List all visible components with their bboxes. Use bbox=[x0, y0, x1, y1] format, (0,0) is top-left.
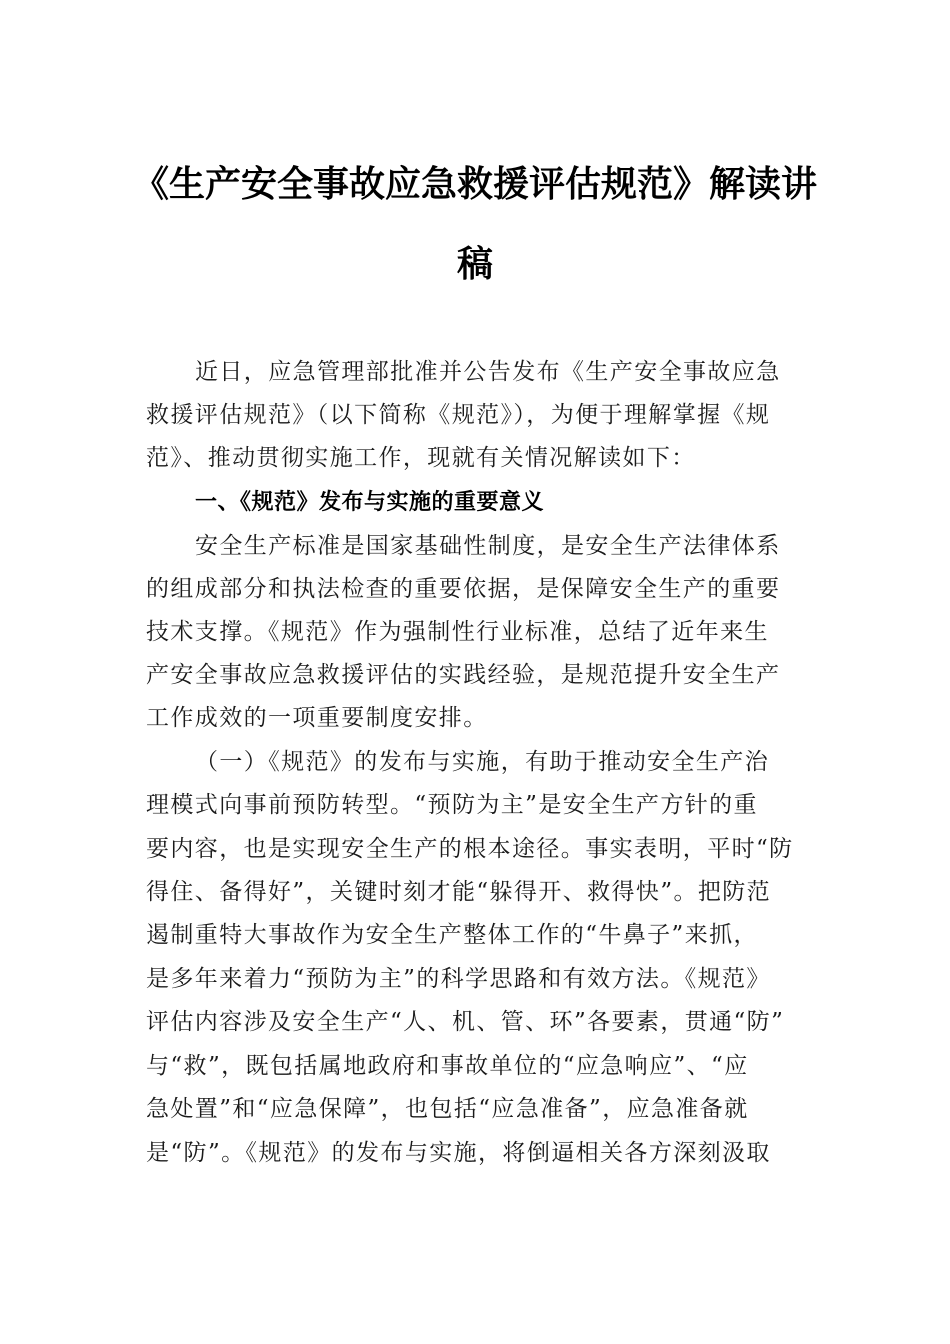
text-line: 范》、推动贯彻实施工作，现就有关情况解读如下： bbox=[146, 447, 806, 470]
text-line: 安全生产标准是国家基础性制度，是安全生产法律体系 bbox=[195, 535, 855, 558]
document-title-line-2: 稿 bbox=[130, 246, 820, 282]
text-line: 是“防”。《规范》的发布与实施，将倒逼相关各方深刻汲取 bbox=[146, 1142, 806, 1165]
document-title-line-1: 《生产安全事故应急救援评估规范》解读讲 bbox=[130, 166, 820, 202]
text-line: 要内容，也是实现安全生产的根本途径。事实表明，平时“防 bbox=[146, 838, 806, 861]
text-line: 救援评估规范》（以下简称《规范》），为便于理解掌握《规 bbox=[146, 404, 806, 427]
text-line: （一）《规范》的发布与实施，有助于推动安全生产治 bbox=[195, 751, 855, 774]
text-line: 产安全事故应急救援评估的实践经验，是规范提升安全生产 bbox=[146, 664, 806, 687]
text-line: 评估内容涉及安全生产“人、机、管、环”各要素，贯通“防” bbox=[146, 1011, 806, 1034]
text-line: 技术支撑。《规范》作为强制性行业标准，总结了近年来生 bbox=[146, 621, 806, 644]
document-page: 《生产安全事故应急救援评估规范》解读讲 稿 近日，应急管理部批准并公告发布《生产… bbox=[0, 0, 950, 1344]
text-line: 得住、备得好”，关键时刻才能“躲得开、救得快”。把防范 bbox=[146, 881, 806, 904]
text-line: 急处置”和“应急保障”，也包括“应急准备”，应急准备就 bbox=[146, 1098, 806, 1121]
text-line: 遏制重特大事故作为安全生产整体工作的“牛鼻子”来抓， bbox=[146, 924, 806, 947]
section-heading-1: 一、《规范》发布与实施的重要意义 bbox=[195, 492, 855, 514]
text-line: 理模式向事前预防转型。“预防为主”是安全生产方针的重 bbox=[146, 794, 806, 817]
text-line: 的组成部分和执法检查的重要依据，是保障安全生产的重要 bbox=[146, 578, 806, 601]
text-line: 近日，应急管理部批准并公告发布《生产安全事故应急 bbox=[195, 361, 855, 384]
text-line: 工作成效的一项重要制度安排。 bbox=[146, 707, 806, 730]
text-line: 是多年来着力“预防为主”的科学思路和有效方法。《规范》 bbox=[146, 968, 806, 991]
text-line: 与“救”，既包括属地政府和事故单位的“应急响应”、“应 bbox=[146, 1055, 806, 1078]
